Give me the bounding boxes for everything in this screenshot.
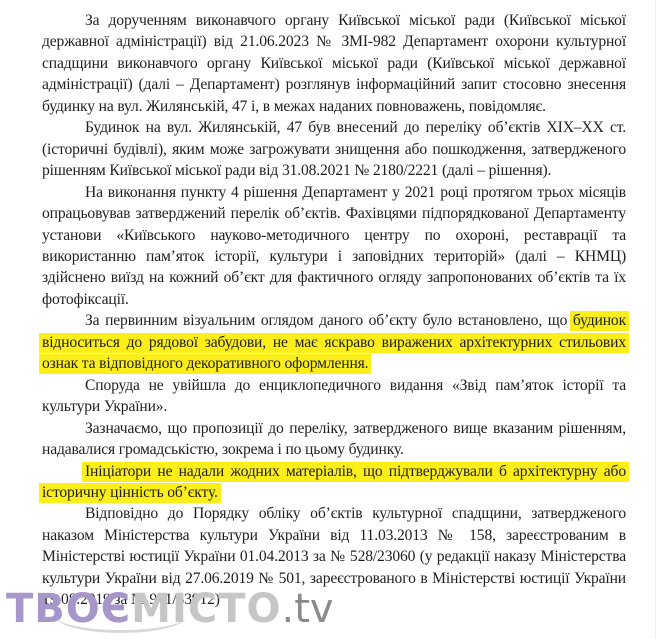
paragraph-5: Споруда не увійшла до енциклопедичного в… [42, 375, 626, 418]
paragraph-text: За дорученням виконавчого органу Київськ… [42, 12, 626, 115]
paragraph-2: Будинок на вул. Жилянській, 47 був внесе… [42, 117, 626, 181]
paragraph-3: На виконання пункту 4 рішення Департамен… [42, 182, 626, 311]
paragraph-text: За первинним візуальним оглядом даного о… [85, 312, 573, 329]
watermark-part-domain: .tv [281, 586, 333, 632]
eye-icon [56, 600, 186, 633]
page-edge-line [655, 0, 656, 639]
paragraph-text: Зазначаємо, що пропозиції до переліку, з… [42, 420, 626, 458]
watermark-logo: ТВОЄМІСТО.tv [6, 586, 334, 632]
paragraph-1: За дорученням виконавчого органу Київськ… [42, 10, 626, 117]
paragraph-4: За первинним візуальним оглядом даного о… [42, 310, 626, 374]
paragraph-6: Зазначаємо, що пропозиції до переліку, з… [42, 418, 626, 461]
paragraph-7: Ініціатори не надали жодних матеріалів, … [42, 461, 626, 504]
paragraph-text: На виконання пункту 4 рішення Департамен… [42, 184, 626, 308]
highlighted-text: Ініціатори не надали жодних матеріалів, … [39, 462, 629, 503]
document-page: За дорученням виконавчого органу Київськ… [42, 10, 626, 611]
paragraph-text: Споруда не увійшла до енциклопедичного в… [42, 377, 626, 415]
paragraph-text: Будинок на вул. Жилянській, 47 був внесе… [42, 119, 626, 179]
